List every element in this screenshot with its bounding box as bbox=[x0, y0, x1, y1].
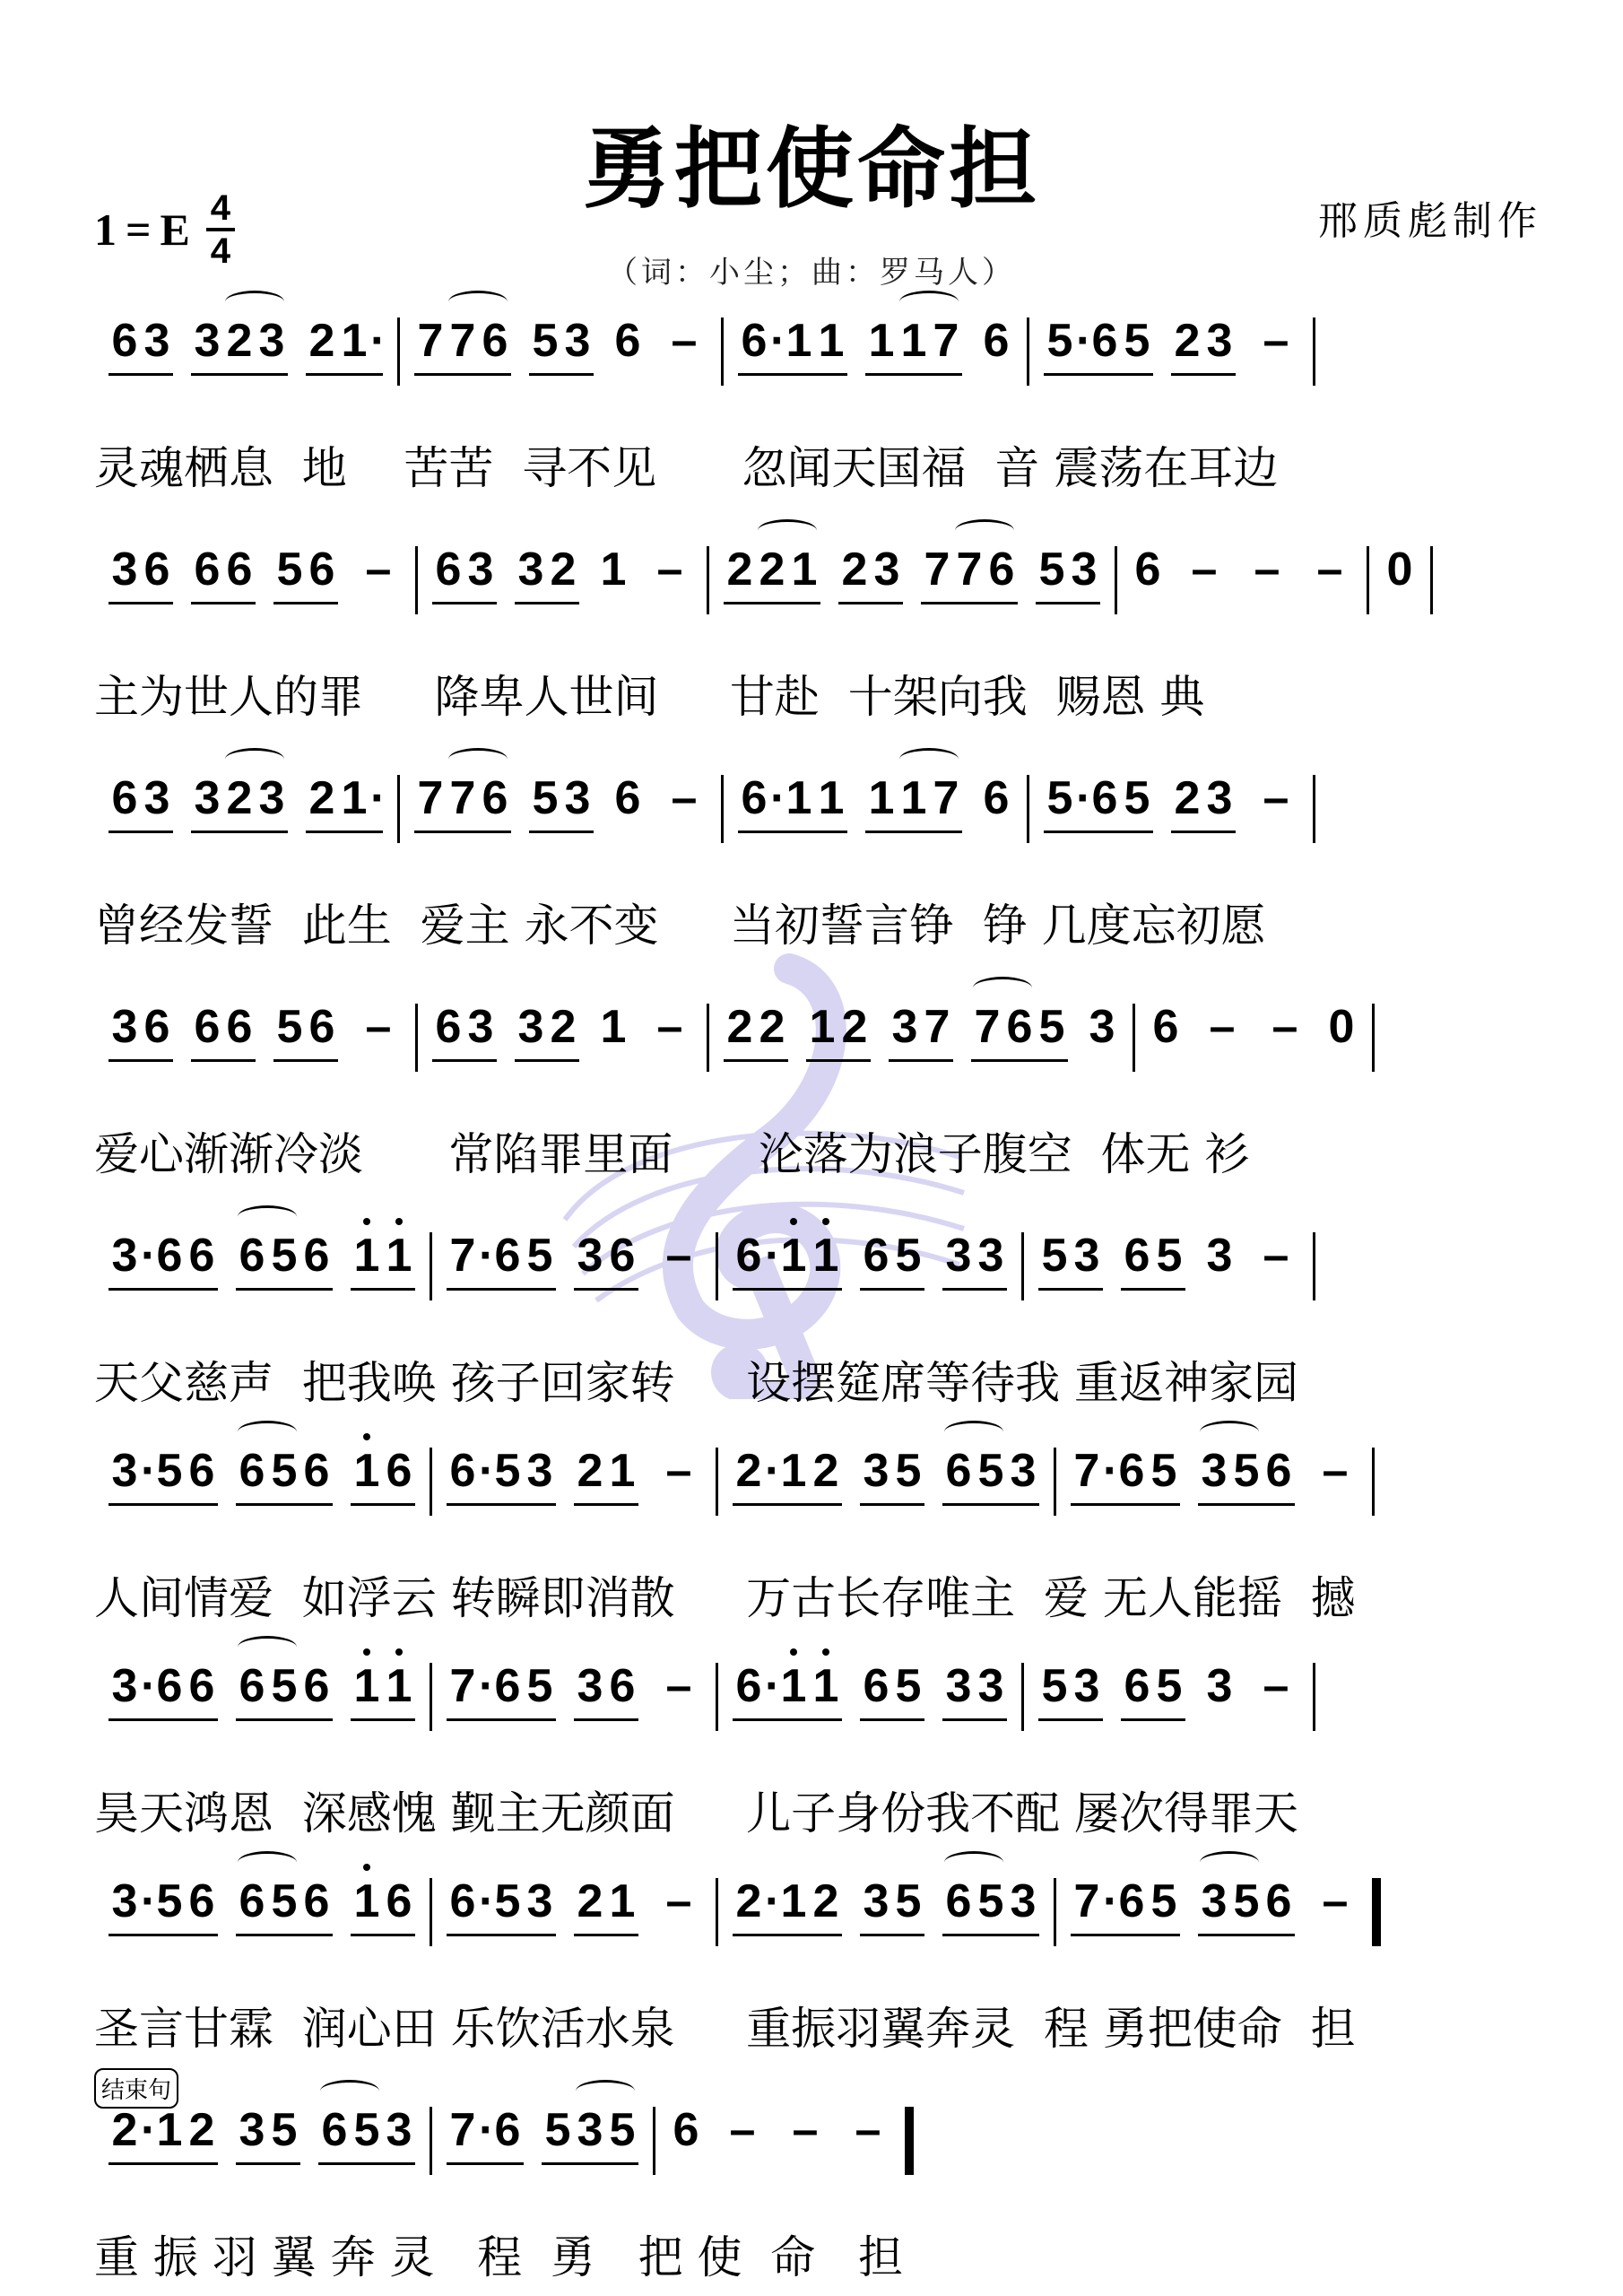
eighth-underline bbox=[1071, 1934, 1180, 1936]
note: 3 bbox=[860, 1874, 892, 1928]
note-group: 323 bbox=[191, 771, 288, 825]
note: 6 bbox=[141, 1000, 173, 1054]
note: 6 bbox=[491, 1659, 524, 1713]
note-group: 32 bbox=[515, 1000, 579, 1054]
note: 6 bbox=[153, 1229, 186, 1283]
sustain-dash: – bbox=[662, 314, 707, 368]
eighth-underline bbox=[542, 2162, 638, 2165]
score-system: 366656–63321–22123776536–––0主为世人的罪 降卑人世间… bbox=[94, 543, 1547, 726]
note-group: 3·66 bbox=[108, 1659, 218, 1713]
eighth-underline bbox=[236, 2162, 300, 2165]
note: 6 bbox=[191, 1000, 223, 1054]
slur bbox=[448, 291, 508, 313]
note-group: 6·11 bbox=[738, 314, 847, 368]
note: 5 bbox=[268, 1229, 300, 1283]
note-group: 63 bbox=[432, 543, 497, 596]
note: 6 bbox=[318, 2103, 351, 2157]
note: 0 bbox=[1384, 543, 1416, 596]
eighth-underline bbox=[574, 1718, 638, 1721]
eighth-underline bbox=[108, 2162, 218, 2165]
note-group: 765 bbox=[971, 1000, 1068, 1054]
lyrics-line: 灵魂栖息 地 苦苦 寻不见 忽闻天国福 音 震荡在耳边 bbox=[94, 432, 1547, 497]
eighth-underline bbox=[447, 1934, 556, 1936]
slur bbox=[238, 1205, 297, 1228]
eighth-underline bbox=[108, 602, 173, 604]
note: 6 bbox=[942, 1874, 975, 1928]
note: 3 bbox=[871, 543, 903, 596]
note-group: 35 bbox=[236, 2103, 300, 2157]
note-group: 656 bbox=[236, 1874, 333, 1928]
note: 5 bbox=[351, 2103, 383, 2157]
note: 2 bbox=[223, 771, 256, 825]
note: 3 bbox=[191, 771, 223, 825]
note-group: 656 bbox=[236, 1444, 333, 1498]
augmentation-dot: · bbox=[141, 1444, 153, 1498]
sustain-dash: – bbox=[656, 1874, 701, 1928]
note: 2 bbox=[547, 543, 579, 596]
octave-up-dot bbox=[395, 1218, 403, 1225]
note-group: 21 bbox=[574, 1444, 638, 1498]
note: 3 bbox=[561, 771, 594, 825]
note: 6 bbox=[236, 1229, 268, 1283]
note-group: 65 bbox=[1121, 1659, 1185, 1713]
note-group: 65 bbox=[860, 1229, 924, 1283]
note: 5 bbox=[491, 1874, 524, 1928]
note-group: 23 bbox=[1171, 771, 1236, 825]
note: 5 bbox=[1121, 314, 1153, 368]
note: 3 bbox=[1007, 1874, 1039, 1928]
note: 3 bbox=[975, 1229, 1007, 1283]
slur bbox=[320, 2080, 379, 2102]
note: 2 bbox=[838, 543, 871, 596]
eighth-underline bbox=[273, 602, 338, 604]
sustain-dash: – bbox=[1263, 1000, 1307, 1054]
note: 6 bbox=[300, 1659, 333, 1713]
measure: 6·5321– bbox=[432, 1444, 716, 1534]
note-group: 535 bbox=[542, 2103, 638, 2157]
note: 2 bbox=[733, 1874, 765, 1928]
lyricist-composer-credits: （词：小尘；曲：罗马人） bbox=[0, 248, 1623, 291]
octave-up-dot bbox=[790, 1648, 797, 1656]
note-group: 21· bbox=[306, 314, 383, 368]
measure: 366656– bbox=[94, 543, 415, 632]
octave-up-dot bbox=[395, 1648, 403, 1656]
note-group: 7·6 bbox=[447, 2103, 524, 2157]
note: 1 bbox=[898, 771, 930, 825]
note-group: 66 bbox=[191, 543, 256, 596]
note: 6 bbox=[141, 543, 173, 596]
eighth-underline bbox=[273, 1059, 338, 1062]
measure: 6332321· bbox=[94, 314, 397, 404]
augmentation-dot: · bbox=[1103, 1444, 1115, 1498]
note: 5 bbox=[975, 1874, 1007, 1928]
time-numerator: 4 bbox=[211, 190, 230, 226]
note: 6 bbox=[432, 543, 464, 596]
note: 6 bbox=[1150, 1000, 1182, 1054]
lyrics-line: 昊天鸿恩 深感愧 觐主无颜面 儿子身份我不配 屡次得罪天 bbox=[94, 1778, 1547, 1842]
note-group: 7·65 bbox=[447, 1229, 556, 1283]
augmentation-dot: · bbox=[370, 314, 383, 368]
note: 6 bbox=[186, 1874, 218, 1928]
note-group: 53 bbox=[529, 771, 594, 825]
note: 6 bbox=[223, 543, 256, 596]
sustain-dash: – bbox=[1200, 1000, 1245, 1054]
eighth-underline bbox=[1038, 1288, 1103, 1291]
sustain-dash: – bbox=[1313, 1444, 1358, 1498]
note: 3 bbox=[889, 1000, 921, 1054]
notation-line: 2·12356537·65356––– bbox=[94, 2103, 1547, 2193]
eighth-underline bbox=[1044, 373, 1153, 376]
score-system: 6332321·776536–6·1111765·6523–灵魂栖息 地 苦苦 … bbox=[94, 314, 1547, 497]
octave-up-dot bbox=[790, 1218, 797, 1225]
note: 2 bbox=[733, 1444, 765, 1498]
note-group: 65 bbox=[860, 1659, 924, 1713]
note: 1 bbox=[810, 1659, 842, 1713]
note: 5 bbox=[892, 1229, 924, 1283]
note-group: 1 bbox=[597, 1000, 629, 1054]
measure: 3·5665616 bbox=[94, 1444, 430, 1534]
note-group: 1 bbox=[597, 543, 629, 596]
note-group: 776 bbox=[414, 771, 511, 825]
eighth-underline bbox=[447, 1503, 556, 1506]
score-system: 3·56656166·5321–2·12356537·65356–人间情爱 如浮… bbox=[94, 1444, 1547, 1627]
measure: 6332321· bbox=[94, 771, 397, 861]
note-group: 5·65 bbox=[1044, 314, 1153, 368]
note-group: 65 bbox=[1121, 1229, 1185, 1283]
note: 7 bbox=[414, 771, 447, 825]
augmentation-dot: · bbox=[479, 1444, 491, 1498]
note: 1 bbox=[815, 314, 847, 368]
note: 1 bbox=[606, 1444, 638, 1498]
ending-phrase-label: 结束句 bbox=[94, 2068, 178, 2109]
note: 3 bbox=[942, 1659, 975, 1713]
note: 6 bbox=[980, 314, 1012, 368]
note-group: 776 bbox=[921, 543, 1018, 596]
note-group: 21· bbox=[306, 771, 383, 825]
eighth-underline bbox=[942, 1503, 1039, 1506]
octave-up-dot bbox=[822, 1648, 829, 1656]
arranger-credit: 邢质彪制作 bbox=[1318, 188, 1542, 246]
note-group: – bbox=[1263, 1000, 1307, 1054]
note: 6 bbox=[236, 1444, 268, 1498]
eighth-underline bbox=[108, 831, 173, 833]
sustain-dash: – bbox=[1254, 1229, 1298, 1283]
note-group: 356 bbox=[1198, 1444, 1295, 1498]
sustain-dash: – bbox=[720, 2103, 765, 2157]
augmentation-dot: · bbox=[141, 2103, 153, 2157]
note: 5 bbox=[1153, 1229, 1185, 1283]
measure: 6––0 bbox=[1135, 1000, 1372, 1090]
note-group: – bbox=[1254, 1229, 1298, 1283]
barline bbox=[1313, 775, 1315, 843]
note-group: 6·11 bbox=[733, 1229, 842, 1283]
note-group: 2·12 bbox=[733, 1874, 842, 1928]
measure: 6·116533 bbox=[718, 1659, 1021, 1749]
note-group: 35 bbox=[860, 1874, 924, 1928]
eighth-underline bbox=[351, 1288, 415, 1291]
eighth-underline bbox=[1036, 602, 1100, 604]
note: 2 bbox=[810, 1874, 842, 1928]
note: 6 bbox=[447, 1874, 479, 1928]
note: 6 bbox=[1263, 1874, 1295, 1928]
note: 3 bbox=[1068, 543, 1100, 596]
note: 3 bbox=[191, 314, 223, 368]
note: 1 bbox=[351, 1659, 383, 1713]
eighth-underline bbox=[447, 1288, 556, 1291]
note: 1 bbox=[898, 314, 930, 368]
measure: 776536– bbox=[400, 314, 721, 404]
sustain-dash: – bbox=[1245, 543, 1289, 596]
note: 1 bbox=[338, 314, 370, 368]
note: 3 bbox=[141, 314, 173, 368]
eighth-underline bbox=[108, 1288, 218, 1291]
eighth-underline bbox=[1121, 1718, 1185, 1721]
note: 5 bbox=[529, 314, 561, 368]
note: 1 bbox=[606, 1874, 638, 1928]
note-group: 16 bbox=[351, 1874, 415, 1928]
sustain-dash: – bbox=[647, 1000, 692, 1054]
note-group: 36 bbox=[574, 1659, 638, 1713]
octave-up-dot bbox=[363, 1648, 370, 1656]
note: 2 bbox=[724, 543, 756, 596]
note: 3 bbox=[515, 1000, 547, 1054]
note-group: – bbox=[720, 2103, 765, 2157]
note: 3 bbox=[256, 771, 288, 825]
note: 7 bbox=[971, 1000, 1003, 1054]
note: 6 bbox=[383, 1874, 415, 1928]
lyrics-line: 主为世人的罪 降卑人世间 甘赴 十架向我 赐恩 典 bbox=[94, 661, 1547, 726]
measure: 5·6523– bbox=[1029, 314, 1313, 404]
eighth-underline bbox=[414, 373, 511, 376]
note: 6 bbox=[985, 543, 1018, 596]
barline bbox=[1372, 1448, 1375, 1516]
note-group: 3·56 bbox=[108, 1444, 218, 1498]
note-group: – bbox=[656, 1659, 701, 1713]
measure: 6·116533 bbox=[718, 1229, 1021, 1318]
note: 3 bbox=[1071, 1659, 1103, 1713]
note: 7 bbox=[447, 314, 479, 368]
note-group: – bbox=[1200, 1000, 1245, 1054]
eighth-underline bbox=[865, 831, 962, 833]
note: 5 bbox=[892, 1874, 924, 1928]
note-group: 653 bbox=[942, 1874, 1039, 1928]
barline bbox=[1430, 546, 1433, 614]
note-group: 63 bbox=[108, 771, 173, 825]
note: 3 bbox=[1198, 1444, 1230, 1498]
note: 2 bbox=[756, 1000, 788, 1054]
lyrics-line: 曾经发誓 此生 爱主 永不变 当初誓言铮 铮 几度忘初愿 bbox=[94, 890, 1547, 954]
note: 6 bbox=[1121, 1229, 1153, 1283]
note-group: 323 bbox=[191, 314, 288, 368]
note: 7 bbox=[1071, 1444, 1103, 1498]
note: 5 bbox=[1153, 1659, 1185, 1713]
note: 3 bbox=[524, 1874, 556, 1928]
note: 5 bbox=[1148, 1874, 1180, 1928]
note-group: 21 bbox=[574, 1874, 638, 1928]
eighth-underline bbox=[733, 1718, 842, 1721]
eighth-underline bbox=[865, 373, 962, 376]
note-group: 66 bbox=[191, 1000, 256, 1054]
measure: 2212377653 bbox=[709, 1000, 1133, 1090]
score-system: 3·66656117·6536–6·11653353653–昊天鸿恩 深感愧 觐… bbox=[94, 1659, 1547, 1842]
note: 2 bbox=[186, 2103, 218, 2157]
measure: 53653– bbox=[1024, 1659, 1313, 1749]
note: 7 bbox=[921, 543, 953, 596]
note-group: – bbox=[1182, 543, 1227, 596]
lyrics-line: 圣言甘霖 润心田 乐饮活水泉 重振羽翼奔灵 程 勇把使命 担 bbox=[94, 1993, 1547, 2057]
note: 6 bbox=[1115, 1444, 1148, 1498]
note: 5 bbox=[1036, 543, 1068, 596]
slur bbox=[899, 291, 959, 313]
eighth-underline bbox=[515, 602, 579, 604]
measure: 53653– bbox=[1024, 1229, 1313, 1318]
lyrics-line: 重 振 羽 翼 奔 灵 程 勇 把 使 命 担 bbox=[94, 2222, 1547, 2286]
note: 2 bbox=[1171, 314, 1203, 368]
note: 1 bbox=[351, 1874, 383, 1928]
barline bbox=[1372, 1004, 1375, 1072]
sustain-dash: – bbox=[1254, 1659, 1298, 1713]
slur bbox=[238, 1851, 297, 1874]
note-group: – bbox=[1254, 1659, 1298, 1713]
augmentation-dot: · bbox=[765, 1659, 777, 1713]
slur bbox=[899, 748, 959, 770]
note-group: 3 bbox=[1086, 1000, 1118, 1054]
measure: 2·1235653 bbox=[718, 1444, 1054, 1534]
measure: 3·6665611 bbox=[94, 1229, 430, 1318]
note-group: 23 bbox=[1171, 314, 1236, 368]
note-group: 356 bbox=[1198, 1874, 1295, 1928]
note: 5 bbox=[268, 1874, 300, 1928]
augmentation-dot: · bbox=[141, 1229, 153, 1283]
note-group: – bbox=[656, 1444, 701, 1498]
note: 6 bbox=[1263, 1444, 1295, 1498]
note: 2 bbox=[547, 1000, 579, 1054]
note: 6 bbox=[108, 314, 141, 368]
barline bbox=[1313, 317, 1315, 386]
eighth-underline bbox=[351, 1718, 415, 1721]
note: 1 bbox=[777, 1229, 810, 1283]
note-group: 16 bbox=[351, 1444, 415, 1498]
note: 3 bbox=[108, 1229, 141, 1283]
note: 1 bbox=[865, 314, 898, 368]
note-group: – bbox=[1313, 1444, 1358, 1498]
note-group: 653 bbox=[942, 1444, 1039, 1498]
slur bbox=[944, 1851, 1003, 1874]
note-group: 23 bbox=[838, 543, 903, 596]
slur bbox=[238, 1421, 297, 1443]
notation-line: 3·66656117·6536–6·11653353653– bbox=[94, 1659, 1547, 1749]
note-group: 3·66 bbox=[108, 1229, 218, 1283]
note: 1 bbox=[597, 1000, 629, 1054]
note-group: 117 bbox=[865, 314, 962, 368]
slur bbox=[955, 519, 1014, 542]
note: 1 bbox=[338, 771, 370, 825]
sustain-dash: – bbox=[662, 771, 707, 825]
sustain-dash: – bbox=[846, 2103, 890, 2157]
slur bbox=[225, 291, 284, 313]
sustain-dash: – bbox=[1313, 1874, 1358, 1928]
octave-up-dot bbox=[363, 1433, 370, 1440]
eighth-underline bbox=[351, 1503, 415, 1506]
eighth-underline bbox=[724, 602, 820, 604]
note: 7 bbox=[930, 314, 962, 368]
note: 3 bbox=[942, 1229, 975, 1283]
eighth-underline bbox=[1171, 831, 1236, 833]
measure: 7·65356– bbox=[1056, 1444, 1372, 1534]
notation-line: 3·56656166·5321–2·12356537·65356– bbox=[94, 1444, 1547, 1534]
note: 1 bbox=[783, 314, 815, 368]
eighth-underline bbox=[529, 373, 594, 376]
augmentation-dot: · bbox=[370, 771, 383, 825]
note-group: 6·53 bbox=[447, 1874, 556, 1928]
final-barline bbox=[905, 2107, 914, 2175]
sustain-dash: – bbox=[656, 1229, 701, 1283]
notation-line: 366656–63321–22123776536–––0 bbox=[94, 543, 1547, 632]
score-system: 6332321·776536–6·1111765·6523–曾经发誓 此生 爱主… bbox=[94, 771, 1547, 954]
note-group: – bbox=[656, 1229, 701, 1283]
measure: 2212377653 bbox=[709, 543, 1115, 632]
eighth-underline bbox=[236, 1934, 333, 1936]
note: 3 bbox=[1203, 1659, 1236, 1713]
octave-up-dot bbox=[822, 1218, 829, 1225]
eighth-underline bbox=[738, 373, 847, 376]
note: 5 bbox=[273, 1000, 306, 1054]
note: 5 bbox=[606, 2103, 638, 2157]
note: 6 bbox=[186, 1659, 218, 1713]
note-group: 117 bbox=[865, 771, 962, 825]
eighth-underline bbox=[838, 602, 903, 604]
note: 6 bbox=[1132, 543, 1164, 596]
note: 3 bbox=[1071, 1229, 1103, 1283]
note-group: 36 bbox=[574, 1229, 638, 1283]
note: 7 bbox=[447, 1659, 479, 1713]
augmentation-dot: · bbox=[479, 1659, 491, 1713]
eighth-underline bbox=[860, 1934, 924, 1936]
measure: 0 bbox=[1369, 543, 1430, 632]
sustain-dash: – bbox=[1307, 543, 1352, 596]
score-system: 366656–63321–22123776536––0爱心渐渐冷淡 常陷罪里面 … bbox=[94, 1000, 1547, 1183]
note-group: 53 bbox=[529, 314, 594, 368]
note: 7 bbox=[1071, 1874, 1103, 1928]
measure: 7·6536– bbox=[432, 1659, 716, 1749]
note: 5 bbox=[1036, 1000, 1068, 1054]
note: 6 bbox=[186, 1444, 218, 1498]
eighth-underline bbox=[108, 1718, 218, 1721]
eighth-underline bbox=[236, 1503, 333, 1506]
note-group: 56 bbox=[273, 1000, 338, 1054]
note: 6 bbox=[306, 543, 338, 596]
note: 2 bbox=[1171, 771, 1203, 825]
note-group: – bbox=[356, 1000, 401, 1054]
note: 2 bbox=[574, 1874, 606, 1928]
eighth-underline bbox=[942, 1288, 1007, 1291]
note: 6 bbox=[733, 1659, 765, 1713]
eighth-underline bbox=[236, 1288, 333, 1291]
sustain-dash: – bbox=[1254, 771, 1298, 825]
note-group: 11 bbox=[351, 1229, 415, 1283]
slur bbox=[944, 1421, 1003, 1443]
score-system: 3·56656166·5321–2·12356537·65356–圣言甘霖 润心… bbox=[94, 1874, 1547, 2057]
note: 3 bbox=[574, 2103, 606, 2157]
note: 6 bbox=[236, 1874, 268, 1928]
eighth-underline bbox=[447, 1718, 556, 1721]
note-group: 56 bbox=[273, 543, 338, 596]
augmentation-dot: · bbox=[1103, 1874, 1115, 1928]
eighth-underline bbox=[574, 1503, 638, 1506]
barline bbox=[1313, 1232, 1315, 1300]
note-group: 33 bbox=[942, 1229, 1007, 1283]
augmentation-dot: · bbox=[770, 314, 783, 368]
